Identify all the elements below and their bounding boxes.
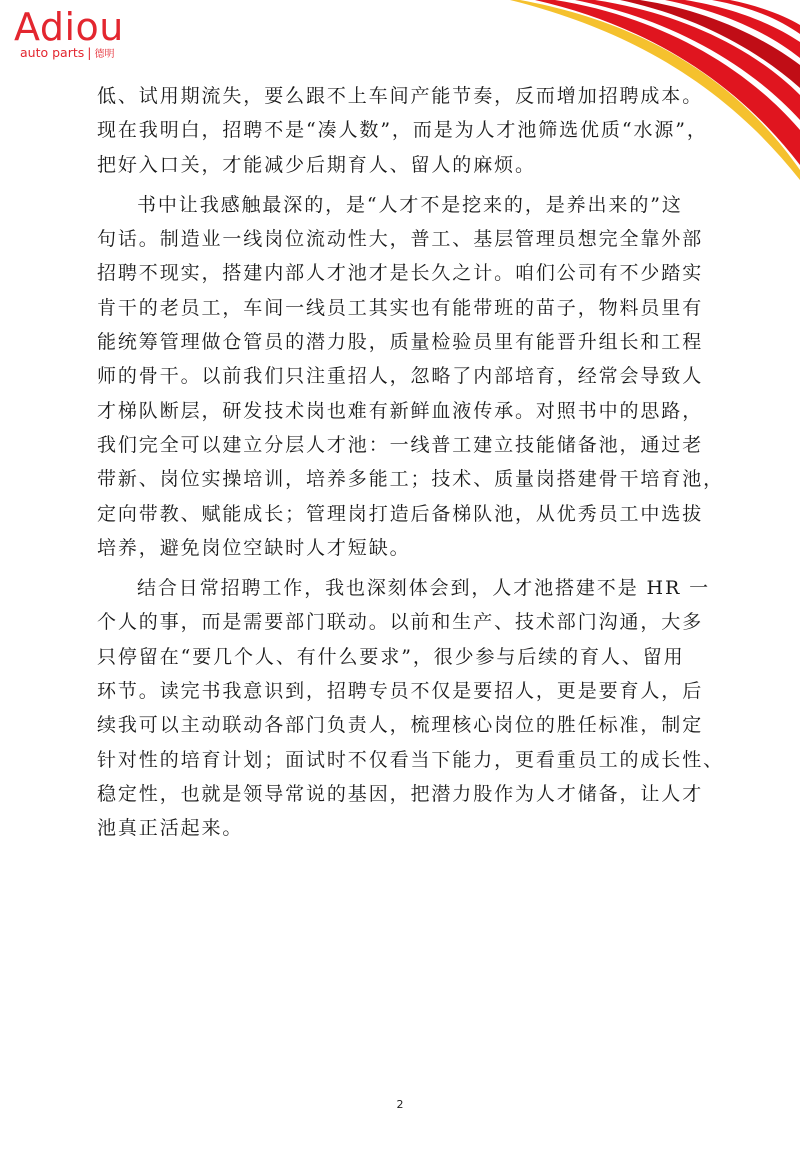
text-line: 我们完全可以建立分层人才池：一线普工建立技能储备池，通过老	[97, 428, 709, 462]
text-line: 现在我明白，招聘不是“凑人数”，而是为人才池筛选优质“水源”，	[97, 113, 709, 147]
text-line: 结合日常招聘工作，我也深刻体会到，人才池搭建不是 HR 一	[97, 571, 709, 605]
text-line: 培养，避免岗位空缺时人才短缺。	[97, 531, 709, 565]
page-number: 2	[0, 1098, 800, 1111]
logo-tagline-row: auto parts|德明	[20, 46, 154, 62]
text-line: 招聘不现实，搭建内部人才池才是长久之计。咱们公司有不少踏实	[97, 256, 709, 290]
document-body: 低、试用期流失，要么跟不上车间产能节奏，反而增加招聘成本。 现在我明白，招聘不是…	[97, 79, 709, 846]
text-line: 能统筹管理做仓管员的潜力股，质量检验员里有能晋升组长和工程	[97, 325, 709, 359]
text-line: 师的骨干。以前我们只注重招人，忽略了内部培育，经常会导致人	[97, 359, 709, 393]
company-logo: Adiou auto parts|德明	[14, 8, 154, 62]
text-line: 续我可以主动联动各部门负责人，梳理核心岗位的胜任标准，制定	[97, 708, 709, 742]
text-line: 才梯队断层，研发技术岗也难有新鲜血液传承。对照书中的思路，	[97, 394, 709, 428]
paragraph-3: 结合日常招聘工作，我也深刻体会到，人才池搭建不是 HR 一 个人的事，而是需要部…	[97, 571, 709, 845]
logo-divider: |	[87, 45, 91, 60]
text-line: 只停留在“要几个人、有什么要求”，很少参与后续的育人、留用	[97, 640, 709, 674]
logo-chinese-name: 德明	[94, 49, 114, 60]
text-line: 书中让我感触最深的，是“人才不是挖来的，是养出来的”这	[97, 188, 709, 222]
logo-tagline: auto parts	[20, 45, 84, 60]
text-line: 针对性的培育计划；面试时不仅看当下能力，更看重员工的成长性、	[97, 743, 709, 777]
text-line: 把好入口关，才能减少后期育人、留人的麻烦。	[97, 148, 709, 182]
paragraph-1: 低、试用期流失，要么跟不上车间产能节奏，反而增加招聘成本。 现在我明白，招聘不是…	[97, 79, 709, 182]
text-line: 环节。读完书我意识到，招聘专员不仅是要招人，更是要育人，后	[97, 674, 709, 708]
logo-brand: Adiou	[14, 8, 154, 46]
text-line: 带新、岗位实操培训，培养多能工；技术、质量岗搭建骨干培育池，	[97, 462, 709, 496]
text-line: 稳定性，也就是领导常说的基因，把潜力股作为人才储备，让人才	[97, 777, 709, 811]
paragraph-2: 书中让我感触最深的，是“人才不是挖来的，是养出来的”这 句话。制造业一线岗位流动…	[97, 188, 709, 565]
text-line: 句话。制造业一线岗位流动性大，普工、基层管理员想完全靠外部	[97, 222, 709, 256]
text-line: 个人的事，而是需要部门联动。以前和生产、技术部门沟通，大多	[97, 605, 709, 639]
text-line: 定向带教、赋能成长；管理岗打造后备梯队池，从优秀员工中选拔	[97, 497, 709, 531]
text-line: 肯干的老员工，车间一线员工其实也有能带班的苗子，物料员里有	[97, 291, 709, 325]
text-line: 池真正活起来。	[97, 811, 709, 845]
text-line: 低、试用期流失，要么跟不上车间产能节奏，反而增加招聘成本。	[97, 79, 709, 113]
